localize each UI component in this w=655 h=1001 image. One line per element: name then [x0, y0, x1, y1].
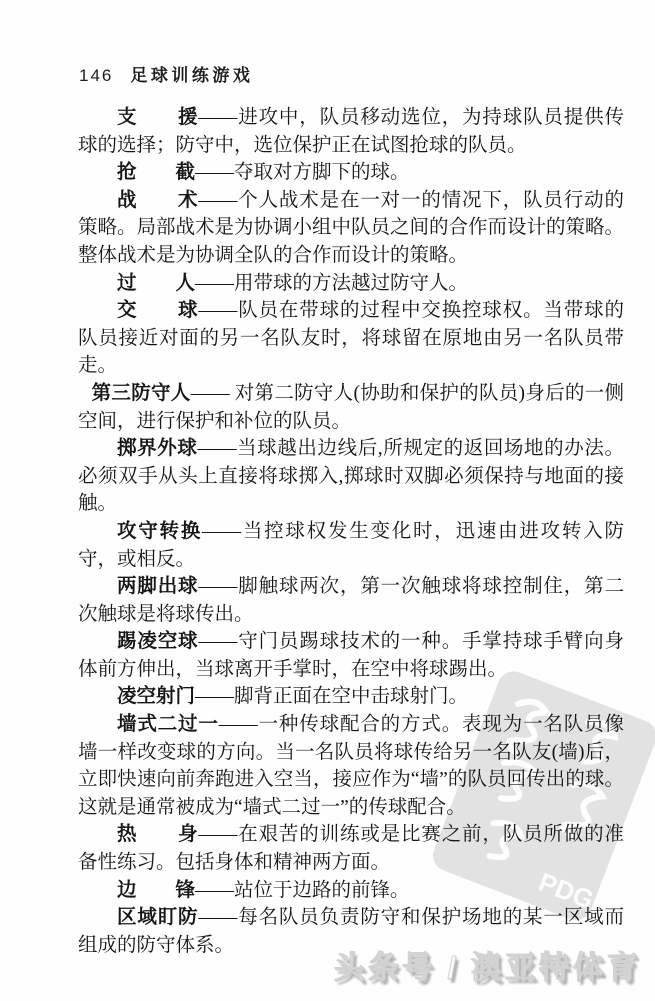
term-label: 凌空射门	[117, 685, 195, 707]
glossary-entry: 凌空射门——脚背正面在空中击球射门。	[78, 683, 624, 711]
term-label: 热 身	[117, 823, 198, 845]
term-label: 墙式二过一	[117, 713, 219, 735]
glossary-entry: 抢 截——夺取对方脚下的球。	[78, 159, 624, 187]
running-header: 146 足球训练游戏	[79, 61, 253, 86]
term-definition: ——站位于边路的前锋。	[195, 880, 410, 901]
glossary-entry: 热 身——在艰苦的训练或是比赛之前，队员所做的准备性练习。包括身体和精神两方面。	[78, 821, 624, 876]
term-label: 区域盯防	[117, 906, 198, 928]
term-label: 攻守转换	[117, 520, 202, 542]
term-label: 抢 截	[117, 161, 195, 183]
glossary-entry: 交 球——队员在带球的过程中交换控球权。当带球的队员接近对面的另一名队友时，将球…	[78, 297, 624, 380]
term-label: 战 术	[117, 189, 198, 211]
book-page: 146 足球训练游戏 PDG 支 援——进攻中，队员移动选位，为持球队员提供传球…	[0, 0, 655, 1001]
glossary-entry: 两脚出球——脚触球两次，第一次触球将球控制住，第二次触球是将球传出。	[78, 573, 624, 628]
term-definition: ——用带球的方法越过防守人。	[195, 273, 468, 294]
term-definition: ——夺取对方脚下的球。	[195, 162, 410, 183]
glossary-entry: 第三防守人—— 对第二防守人(协助和保护的队员)身后的一侧空间，进行保护和补位的…	[78, 380, 624, 435]
term-label: 边 锋	[117, 879, 195, 901]
page-number: 146	[79, 66, 113, 86]
glossary-entry: 墙式二过一——一种传球配合的方式。表现为一名队员像墙一样改变球的方向。当一名队员…	[78, 711, 624, 821]
glossary-entry: 攻守转换——当控球权发生变化时，迅速由进攻转入防守，或相反。	[78, 518, 624, 573]
glossary-entry: 过 人——用带球的方法越过防守人。	[78, 270, 624, 298]
glossary-entry: 支 援——进攻中，队员移动选位，为持球队员提供传球的选择；防守中，选位保护正在试…	[78, 104, 624, 159]
glossary-entry: 战 术——个人战术是在一对一的情况下，队员行动的策略。局部战术是为协调小组中队员…	[78, 187, 624, 270]
glossary-entry: 踢凌空球——守门员踢球技术的一种。手掌持球手臂向身体前方伸出，当球离开手掌时，在…	[78, 628, 624, 683]
term-label: 两脚出球	[117, 575, 198, 597]
running-title: 足球训练游戏	[130, 61, 253, 86]
glossary-entry: 边 锋——站位于边路的前锋。	[78, 877, 624, 905]
glossary-entry: 掷界外球——当球越出边线后,所规定的返回场地的办法。必须双手从头上直接将球掷入,…	[78, 435, 624, 518]
footer-watermark: 头条号 / 澳亚特体育	[334, 942, 641, 987]
term-label: 交 球	[117, 299, 198, 321]
term-label: 第三防守人	[92, 382, 191, 404]
term-label: 过 人	[117, 272, 195, 294]
term-label: 踢凌空球	[117, 630, 198, 652]
glossary-content: 支 援——进攻中，队员移动选位，为持球队员提供传球的选择；防守中，选位保护正在试…	[78, 104, 624, 959]
term-label: 支 援	[117, 106, 198, 128]
term-label: 掷界外球	[117, 437, 197, 459]
term-definition: ——脚背正面在空中击球射门。	[195, 686, 468, 707]
